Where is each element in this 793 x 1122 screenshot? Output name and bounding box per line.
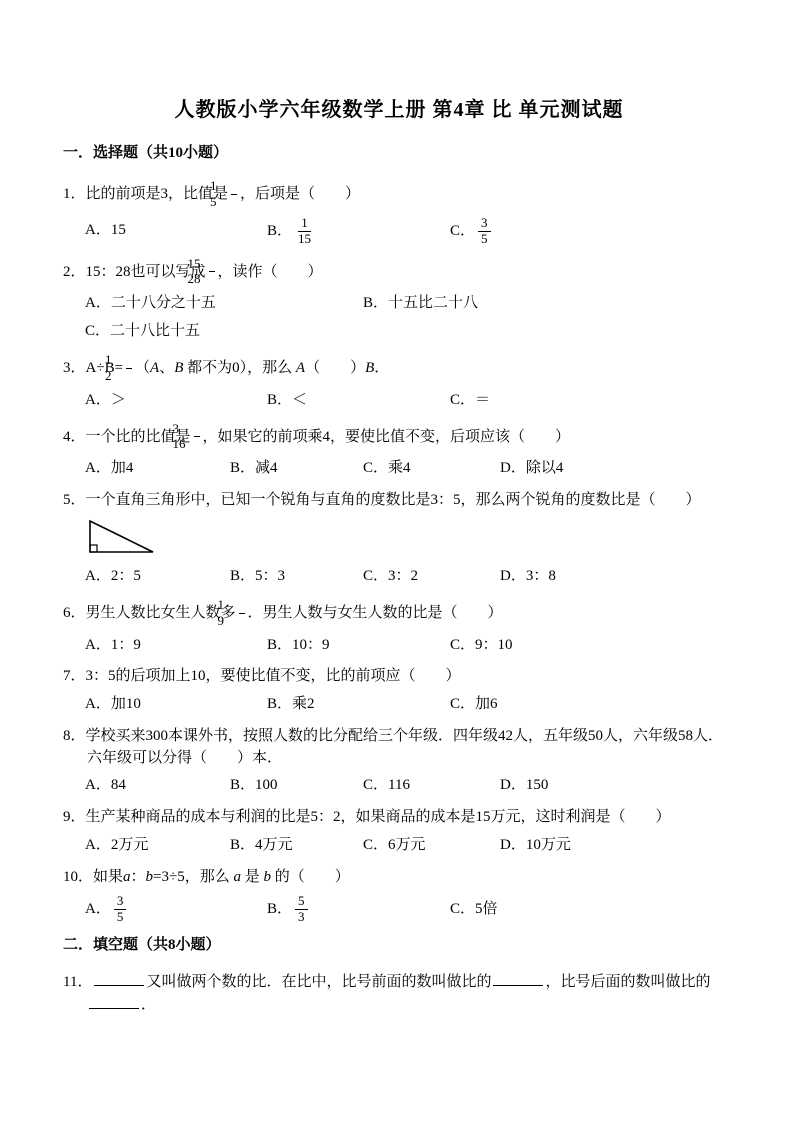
question-6: 6．男生人数比女生人数多19．男生人数与女生人数的比是（ ）A．1：9B．10：… [63,598,735,657]
question-stem: 6．男生人数比女生人数多19．男生人数与女生人数的比是（ ） [63,598,735,629]
fraction: 19 [239,598,245,629]
question-7: 7．3：5的后项加上10，要使比值不变，比的前项应（ ）A．加10B．乘2C．加… [63,666,735,716]
document-body: 人教版小学六年级数学上册 第4章 比 单元测试题 一．选择题（共10小题）1．比… [0,0,793,1016]
option: C．二十八比十五 [85,321,735,343]
fraction: 115 [295,216,314,247]
document-page: 人教版小学六年级数学上册 第4章 比 单元测试题 一．选择题（共10小题）1．比… [0,0,793,1122]
question-8: 8．学校买来300本课外书，按照人数的比分配给三个年级．四年级42人，五年级50… [63,726,735,797]
fill-in-blank [493,971,543,986]
option: C．＝ [450,390,735,412]
option-row: A．＞B．＜C．＝ [85,390,735,412]
option: C．5倍 [450,899,735,921]
question-stem: 10．如果a：b=3÷5，那么 a 是 b 的（ ） [63,867,735,889]
math-variable: A [150,360,159,376]
question-9: 9．生产某种商品的成本与利润的比是5：2，如果商品的成本是15万元，这时利润是（… [63,807,735,857]
fraction: 35 [478,216,491,247]
question-11: 11．又叫做两个数的比．在比中，比号前面的数叫做比的，比号后面的数叫做比的． [63,971,735,1017]
math-variable: a [123,869,131,885]
page-title: 人教版小学六年级数学上册 第4章 比 单元测试题 [63,96,735,125]
question-3: 3．A÷B=12（A、B 都不为0），那么 A（ ）B．A．＞B．＜C．＝ [63,353,735,412]
option: C．3：2 [363,566,500,588]
option-row: A．84B．100C．116D．150 [85,775,735,797]
option: A．二十八分之十五 [85,293,363,315]
question-stem: 4．一个比的比值是316，如果它的前项乘4，要使比值不变，后项应该（ ） [63,422,735,453]
fill-in-blank [89,994,139,1009]
option-row: A．2：5B．5：3C．3：2D．3：8 [85,566,735,588]
option: B．减4 [230,458,363,480]
question-1: 1．比的前项是3，比值是15，后项是（ ）A．15B．115C．35 [63,179,735,247]
question-5: 5．一个直角三角形中，已知一个锐角与直角的度数比是3：5，那么两个锐角的度数比是… [63,490,735,588]
option: B．十五比二十八 [363,293,735,315]
fraction: 1528 [209,257,215,288]
question-4: 4．一个比的比值是316，如果它的前项乘4，要使比值不变，后项应该（ ）A．加4… [63,422,735,481]
fraction: 53 [295,894,308,925]
option-row: C．二十八比十五 [85,321,735,343]
option: B．5：3 [230,566,363,588]
option: B．53 [267,894,450,925]
option: B．100 [230,775,363,797]
blocks-container: 一．选择题（共10小题）1．比的前项是3，比值是15，后项是（ ）A．15B．1… [63,143,735,1016]
option: B．4万元 [230,835,363,857]
option: C．9：10 [450,635,735,657]
option: B．乘2 [267,694,450,716]
math-variable: B [365,360,374,376]
option: D．150 [500,775,735,797]
question-stem: 8．学校买来300本课外书，按照人数的比分配给三个年级．四年级42人，五年级50… [63,726,735,770]
option: A．15 [85,220,267,242]
section-heading-sec-1: 一．选择题（共10小题） [63,143,735,165]
right-triangle-image [87,518,157,556]
option: B．10：9 [267,635,450,657]
option: A．＞ [85,390,267,412]
option-row: A．1：9B．10：9C．9：10 [85,635,735,657]
fraction: 12 [126,353,132,384]
option-row: A．2万元B．4万元C．6万元D．10万元 [85,835,735,857]
option: C．乘4 [363,458,500,480]
option: B．115 [267,216,450,247]
option-row: A．35B．53C．5倍 [85,894,735,925]
fraction: 15 [231,179,237,210]
fill-in-blank [94,971,144,986]
question-stem: 3．A÷B=12（A、B 都不为0），那么 A（ ）B． [63,353,735,384]
option: C．116 [363,775,500,797]
option: A．84 [85,775,230,797]
math-variable: a [233,869,241,885]
option-row: A．加4B．减4C．乘4D．除以4 [85,458,735,480]
math-variable: b [264,869,272,885]
option: C．6万元 [363,835,500,857]
math-variable: b [146,869,154,885]
question-stem: 5．一个直角三角形中，已知一个锐角与直角的度数比是3：5，那么两个锐角的度数比是… [63,490,735,512]
option: A．2：5 [85,566,230,588]
option: A．加10 [85,694,267,716]
option: A．1：9 [85,635,267,657]
fraction: 316 [194,422,200,453]
option: C．35 [450,216,735,247]
question-stem: 1．比的前项是3，比值是15，后项是（ ） [63,179,735,210]
option: D．除以4 [500,458,735,480]
math-variable: A [296,360,305,376]
option: D．3：8 [500,566,735,588]
option: B．＜ [267,390,450,412]
option: D．10万元 [500,835,735,857]
question-stem: 2．15：28也可以写成1528，读作（ ） [63,257,735,288]
fraction: 35 [114,894,127,925]
option-row: A．加10B．乘2C．加6 [85,694,735,716]
section-heading-sec-2: 二．填空题（共8小题） [63,935,735,957]
question-stem: 9．生产某种商品的成本与利润的比是5：2，如果商品的成本是15万元，这时利润是（… [63,807,735,829]
question-stem: 7．3：5的后项加上10，要使比值不变，比的前项应（ ） [63,666,735,688]
option: A．2万元 [85,835,230,857]
option: A．35 [85,894,267,925]
option: A．加4 [85,458,230,480]
question-2: 2．15：28也可以写成1528，读作（ ）A．二十八分之十五B．十五比二十八C… [63,257,735,343]
math-variable: B [174,360,183,376]
option-row: A．15B．115C．35 [85,216,735,247]
option: C．加6 [450,694,735,716]
question-stem: 11．又叫做两个数的比．在比中，比号前面的数叫做比的，比号后面的数叫做比的． [63,971,735,1017]
question-10: 10．如果a：b=3÷5，那么 a 是 b 的（ ）A．35B．53C．5倍 [63,867,735,926]
option-row: A．二十八分之十五B．十五比二十八 [85,293,735,315]
